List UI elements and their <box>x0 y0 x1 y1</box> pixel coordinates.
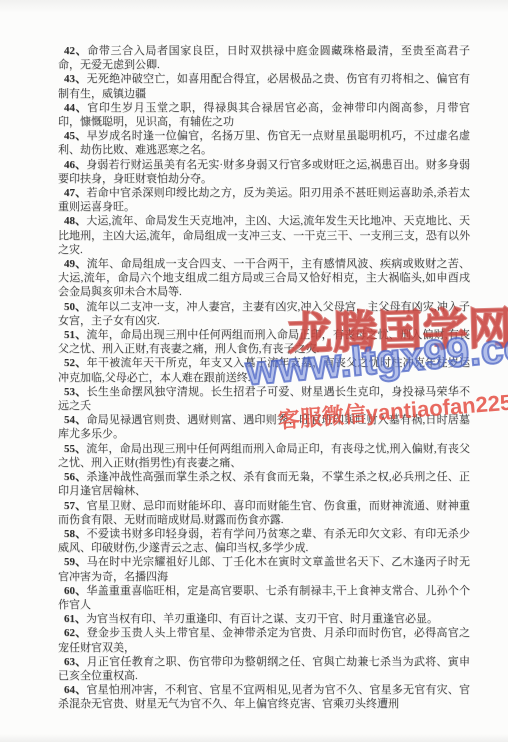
list-item: 55、流年，命局出现三刑中任何两组而刑入命局正印，有丧母之忧,刑入偏财,有丧父之… <box>58 442 470 470</box>
list-item: 57、官星卫财、忌印而财能坏印、喜印而财能生官、伤食重，而财神流通、财神重而伤食… <box>58 499 470 527</box>
list-item: 58、不爱读书财多印轻身弱，若有学问乃贫寒之辈、有杀无印欠文彩、有印无杀少威风、… <box>58 527 470 555</box>
item-number: 60、 <box>64 585 86 597</box>
item-number: 47、 <box>64 187 86 199</box>
item-number: 44、 <box>64 102 87 114</box>
item-text: 命局见禄遇官则贵、遇财则富、遇印则秀、旺官班印與旺财入墓有祸,日时居墓库尤多乐少… <box>58 414 470 440</box>
list-item: 50、流年以二支冲一支，冲人妻宫，主妻有凶灾,冲入父母宫，主父母有凶灾,冲入子女… <box>58 300 470 328</box>
list-item: 45、早岁成名时逢一位偏官，名扬万里、伤官无一点财星虽聪明机巧，不过虚名虚利、劫… <box>58 129 470 157</box>
item-text: 马在时中光宗耀祖好儿郎、丁壬化木在寅时文章盖世名天下、乙木逢丙子时无官冲害为奇，… <box>58 556 470 582</box>
item-text: 无死绝冲破空亡，如喜用配合得宜，必居极品之贵、伤官有刃将相之、偏官有制有生，威镇… <box>58 73 470 99</box>
list-item: 51、流年，命局出现三刑中任何两组而刑入命局正印，有丧母之忧、刑入偏财,有丧父之… <box>58 328 470 356</box>
list-item: 46、身弱若行财运虽美有名无实·财多身弱又行官多或财旺之运,祸患百出。财多身弱要… <box>58 158 470 186</box>
list-item: 62、登金步玉贵人头上带官星、金神带杀定为官贵、月杀印而时伤官，必得高官之宠任财… <box>58 626 470 654</box>
item-number: 50、 <box>64 301 86 313</box>
list-item: 53、长生坐命摆风独守清规。长生招君子可爱、财星遇长生克印，身投禄马荣华不远之夭 <box>58 385 470 413</box>
item-text: 不爱读书财多印轻身弱，若有学问乃贫寒之辈、有杀无印欠文彩、有印无杀少威风、印破财… <box>58 528 470 554</box>
list-item: 59、马在时中光宗耀祖好儿郎、丁壬化木在寅时文章盖世名天下、乙木逢丙子时无官冲害… <box>58 555 470 583</box>
list-item: 48、大运,流年、命局发生天克地冲，主凶、大运,流年发生天比地冲、天克地比、天比… <box>58 214 470 257</box>
list-item: 47、若命中官杀深则印绶比劫之方，反为美运。阳刃用杀不甚旺则运喜助杀,杀若太重则… <box>58 186 470 214</box>
item-text: 流年，命局出现三刑中任何两组而刑入命局正印，有丧母之忧、刑入偏财,有丧父之忧、刑… <box>58 329 470 355</box>
item-text: 若命中官杀深则印绶比劫之方，反为美运。阳刃用杀不甚旺则运喜助杀,杀若太重则运喜身… <box>58 187 470 213</box>
list-item: 52、年干被流年天干所克，年支又入墓于流年支墓，有丧父之忧时柱冲克年柱岁运冲克加… <box>58 356 470 384</box>
list-item: 43、无死绝冲破空亡，如喜用配合得宜，必居极品之贵、伤官有刃将相之、偏官有制有生… <box>58 72 470 100</box>
item-text: 官星怕刑冲害，不利官、官星不宜两相见,见者为官不久、官星多无官有灾、官杀混杂无官… <box>58 684 470 710</box>
item-number: 52、 <box>64 357 87 369</box>
item-number: 51、 <box>64 329 86 341</box>
scanned-document-page: 42、命带三合入局者国家良臣，日时双拱禄中庭金圆藏珠格最清，至贵至高君子命，无爱… <box>0 0 508 742</box>
item-text: 年干被流年天干所克，年支又入墓于流年支墓，有丧父之忧时柱冲克年柱岁运冲克加临,父… <box>58 357 470 383</box>
item-text: 杀逢冲战性高强而掌生杀之权、杀有食而无枭，不掌生杀之权,必兵刑之任、正印月逢官居… <box>58 471 470 497</box>
list-item: 61、为官当权有印、羊刃重逢印、有百计之谋、支刃干官、时月重逢官必显。 <box>58 612 470 626</box>
item-text: 身弱若行财运虽美有名无实·财多身弱又行官多或财旺之运,祸患百出。财多身弱要印扶身… <box>58 159 470 185</box>
item-text: 华盖重重喜临旺相，定是高官要职、七杀有制禄丰,干上食神支常合、儿孙个个作官人 <box>58 585 470 611</box>
list-item: 63、月正官任教育之职、伤官带印为整朝纲之任、官與亡劫兼七杀当为武将、寅申已亥全… <box>58 655 470 683</box>
item-number: 48、 <box>64 215 86 227</box>
list-item: 56、杀逢冲战性高强而掌生杀之权、杀有食而无枭，不掌生杀之权,必兵刑之任、正印月… <box>58 470 470 498</box>
item-number: 45、 <box>64 130 87 142</box>
item-number: 64、 <box>64 684 86 696</box>
list-item: 64、官星怕刑冲害，不利官、官星不宜两相见,见者为官不久、官星多无官有灾、官杀混… <box>58 683 470 711</box>
item-number: 53、 <box>64 386 87 398</box>
item-number: 46、 <box>64 159 86 171</box>
item-number: 62、 <box>64 627 87 639</box>
item-text: 官星卫财、忌印而财能坏印、喜印而财能生官、伤食重，而财神流通、财神重而伤食有限、… <box>58 500 470 526</box>
item-text: 流年以二支冲一支，冲人妻宫，主妻有凶灾,冲入父母宫，主父母有凶灾,冲入子女宫，主… <box>58 301 470 327</box>
item-text: 命带三合入局者国家良臣，日时双拱禄中庭金圆藏珠格最清，至贵至高君子命，无爱无虑到… <box>58 45 470 71</box>
list-item: 44、官印生岁月玉堂之职，得禄與其合禄居官必高，金神带印内阁高参，月带官印，慷慨… <box>58 101 470 129</box>
item-number: 55、 <box>64 443 86 455</box>
item-text: 官印生岁月玉堂之职，得禄與其合禄居官必高，金神带印内阁高参，月带官印，慷慨聪明，… <box>58 102 470 128</box>
item-number: 57、 <box>64 500 87 512</box>
item-number: 59、 <box>64 556 87 568</box>
item-number: 43、 <box>64 73 87 85</box>
item-text: 大运,流年、命局发生天克地冲，主凶、大运,流年发生天比地冲、天克地比、天比地刑，… <box>58 215 470 255</box>
item-text: 早岁成名时逢一位偏官，名扬万里、伤官无一点财星虽聪明机巧，不过虚名虚利、劫伤比败… <box>58 130 470 156</box>
item-text: 长生坐命摆风独守清规。长生招君子可爱、财星遇长生克印，身投禄马荣华不远之夭 <box>58 386 470 412</box>
item-number: 56、 <box>64 471 86 483</box>
item-number: 49、 <box>64 258 87 270</box>
item-text: 登金步玉贵人头上带官星、金神带杀定为官贵、月杀印而时伤官，必得高官之宠任财官双美… <box>58 627 470 653</box>
item-number: 54、 <box>64 414 86 426</box>
item-number: 61、 <box>64 613 86 625</box>
item-number: 63、 <box>64 656 87 668</box>
list-item: 42、命带三合入局者国家良臣，日时双拱禄中庭金圆藏珠格最清，至贵至高君子命，无爱… <box>58 44 470 72</box>
document-text-block: 42、命带三合入局者国家良臣，日时双拱禄中庭金圆藏珠格最清，至贵至高君子命，无爱… <box>58 44 470 712</box>
item-number: 42、 <box>64 45 87 57</box>
item-text: 流年、命局组成一支合四支、一干合两干，主有感情风波、疾病或败财之苦、大运,流年，… <box>58 258 470 298</box>
item-text: 流年，命局出现三刑中任何两组而刑入命局正印，有丧母之忧,刑入偏财,有丧父之忧、刑… <box>58 443 470 469</box>
item-text: 月正官任教育之职、伤官带印为整朝纲之任、官與亡劫兼七杀当为武将、寅申已亥全位重权… <box>58 656 470 682</box>
list-item: 49、流年、命局组成一支合四支、一干合两干，主有感情风波、疾病或败财之苦、大运,… <box>58 257 470 300</box>
item-text: 为官当权有印、羊刃重逢印、有百计之谋、支刃干官、时月重逢官必显。 <box>86 613 438 625</box>
list-item: 54、命局见禄遇官则贵、遇财则富、遇印则秀、旺官班印與旺财入墓有祸,日时居墓库尤… <box>58 413 470 441</box>
item-number: 58、 <box>64 528 87 540</box>
list-item: 60、华盖重重喜临旺相，定是高官要职、七杀有制禄丰,干上食神支常合、儿孙个个作官… <box>58 584 470 612</box>
